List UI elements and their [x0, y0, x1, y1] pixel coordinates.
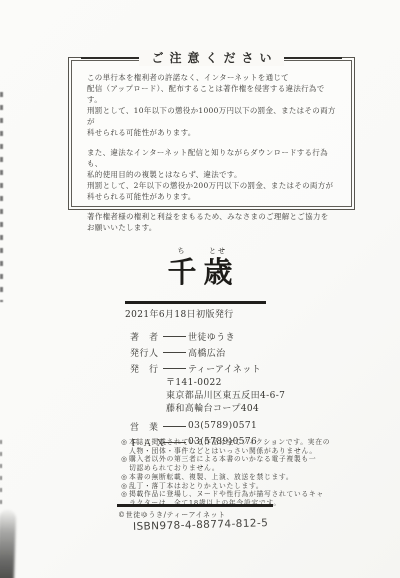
note-electronic-copy: ◎ 購入者以外の第三者による本書のいかなる電子複製も一 切認められておりません。 — [121, 455, 357, 472]
note-fiction-disclaimer: ◎ 本誌に掲載されている作品は全てフィクションです。実在の 人物・団体・事件など… — [121, 438, 357, 455]
title-char-1: ち 千 — [167, 247, 196, 289]
fine-print-notes: ◎ 本誌に掲載されている作品は全てフィクションです。実在の 人物・団体・事件など… — [121, 438, 357, 508]
footer-divider-rule — [117, 504, 273, 507]
publisher-address: 〒141-0022 東京都品川区東五反田4-6-7 藤和高輪台コープ404 — [166, 377, 285, 416]
note-bullet: ◎ — [121, 482, 129, 491]
scan-artifact-edge-ticks-lower — [0, 440, 2, 510]
note-bullet: ◎ — [121, 438, 129, 455]
book-title: ち 千 とせ 歳 — [0, 247, 400, 289]
address-line-1: 東京都品川区東五反田4-6-7 — [166, 390, 285, 403]
scanned-colophon-page: ご注意ください この単行本を権利者の許諾なく、インターネットを通じて 配信（アッ… — [0, 0, 400, 578]
author-row: 著 者 世徒ゆうき — [130, 328, 285, 344]
note-bullet: ◎ — [121, 455, 129, 472]
sales-phone-row: 営 業 03(5789)0571 — [130, 418, 285, 434]
publication-info: 著 者 世徒ゆうき 発行人 高橋広治 発 行 ティーアイネット 〒141-002… — [130, 328, 285, 450]
title-divider-rule — [125, 301, 266, 304]
furigana-2: とせ — [209, 247, 227, 255]
note-text: 本誌に掲載されている作品は全てフィクションです。実在の 人物・団体・事件などとは… — [129, 438, 330, 455]
leader-line — [163, 368, 186, 369]
publisher-person-row: 発行人 高橋広治 — [130, 344, 285, 360]
scan-artifact-binding-smudge — [0, 510, 16, 578]
title-kanji-1: 千 — [167, 255, 196, 289]
notice-body: この単行本を権利者の許諾なく、インターネットを通じて 配信（アップロード）、配布… — [72, 61, 351, 206]
publisher-label: 発 行 — [130, 362, 161, 375]
postal-code: 〒141-0022 — [166, 377, 285, 390]
author-label: 著 者 — [130, 330, 161, 343]
sales-phone-number: 03(5789)0571 — [188, 421, 257, 431]
publisher-person-label: 発行人 — [130, 346, 161, 359]
author-name: 世徒ゆうき — [188, 330, 235, 343]
leader-line — [163, 352, 186, 353]
title-char-2: とせ 歳 — [204, 247, 233, 289]
notice-box: ご注意ください この単行本を権利者の許諾なく、インターネットを通じて 配信（アッ… — [68, 57, 355, 210]
notice-paragraph-upload-warning: この単行本を権利者の許諾なく、インターネットを通じて 配信（アップロード）、配布… — [87, 72, 337, 138]
leader-line — [163, 336, 186, 337]
notice-paragraph-cooperation: 著作権者様の権利と利益をまもるため、みなさまのご理解とご協力を お願いいたします… — [87, 211, 337, 233]
notice-paragraph-download-warning: また、違法なインターネット配信と知りながらダウンロードする行為も、 私的使用目的… — [87, 147, 337, 202]
note-text: 購入者以外の第三者による本書のいかなる電子複製も一 切認められておりません。 — [129, 455, 316, 472]
note-text: 本書の無断転載、複製、上演、放送を禁じます。 — [129, 473, 293, 482]
edition-date: 2021年6月18日初版発行 — [125, 307, 234, 320]
note-text: 乱丁・落丁本はおとりかえいたします。 — [129, 482, 263, 491]
publisher-row: 発 行 ティーアイネット — [130, 360, 285, 376]
notice-title-left-rule — [81, 57, 139, 59]
furigana-1: ち — [177, 247, 186, 255]
publisher-name: ティーアイネット — [188, 362, 261, 375]
note-reproduction-prohibited: ◎ 本書の無断転載、複製、上演、放送を禁じます。 — [121, 473, 357, 482]
title-kanji-2: 歳 — [204, 255, 233, 289]
address-line-2: 藤和高輪台コープ404 — [166, 403, 285, 416]
note-bullet: ◎ — [121, 473, 129, 482]
publisher-person-name: 高橋広治 — [188, 346, 226, 359]
notice-title-right-rule — [284, 57, 342, 59]
sales-label: 営 業 — [130, 420, 161, 433]
note-defective-copies: ◎ 乱丁・落丁本はおとりかえいたします。 — [121, 482, 357, 491]
isbn-number: ISBN978-4-88774-812-5 — [133, 517, 269, 533]
leader-line — [163, 426, 186, 427]
